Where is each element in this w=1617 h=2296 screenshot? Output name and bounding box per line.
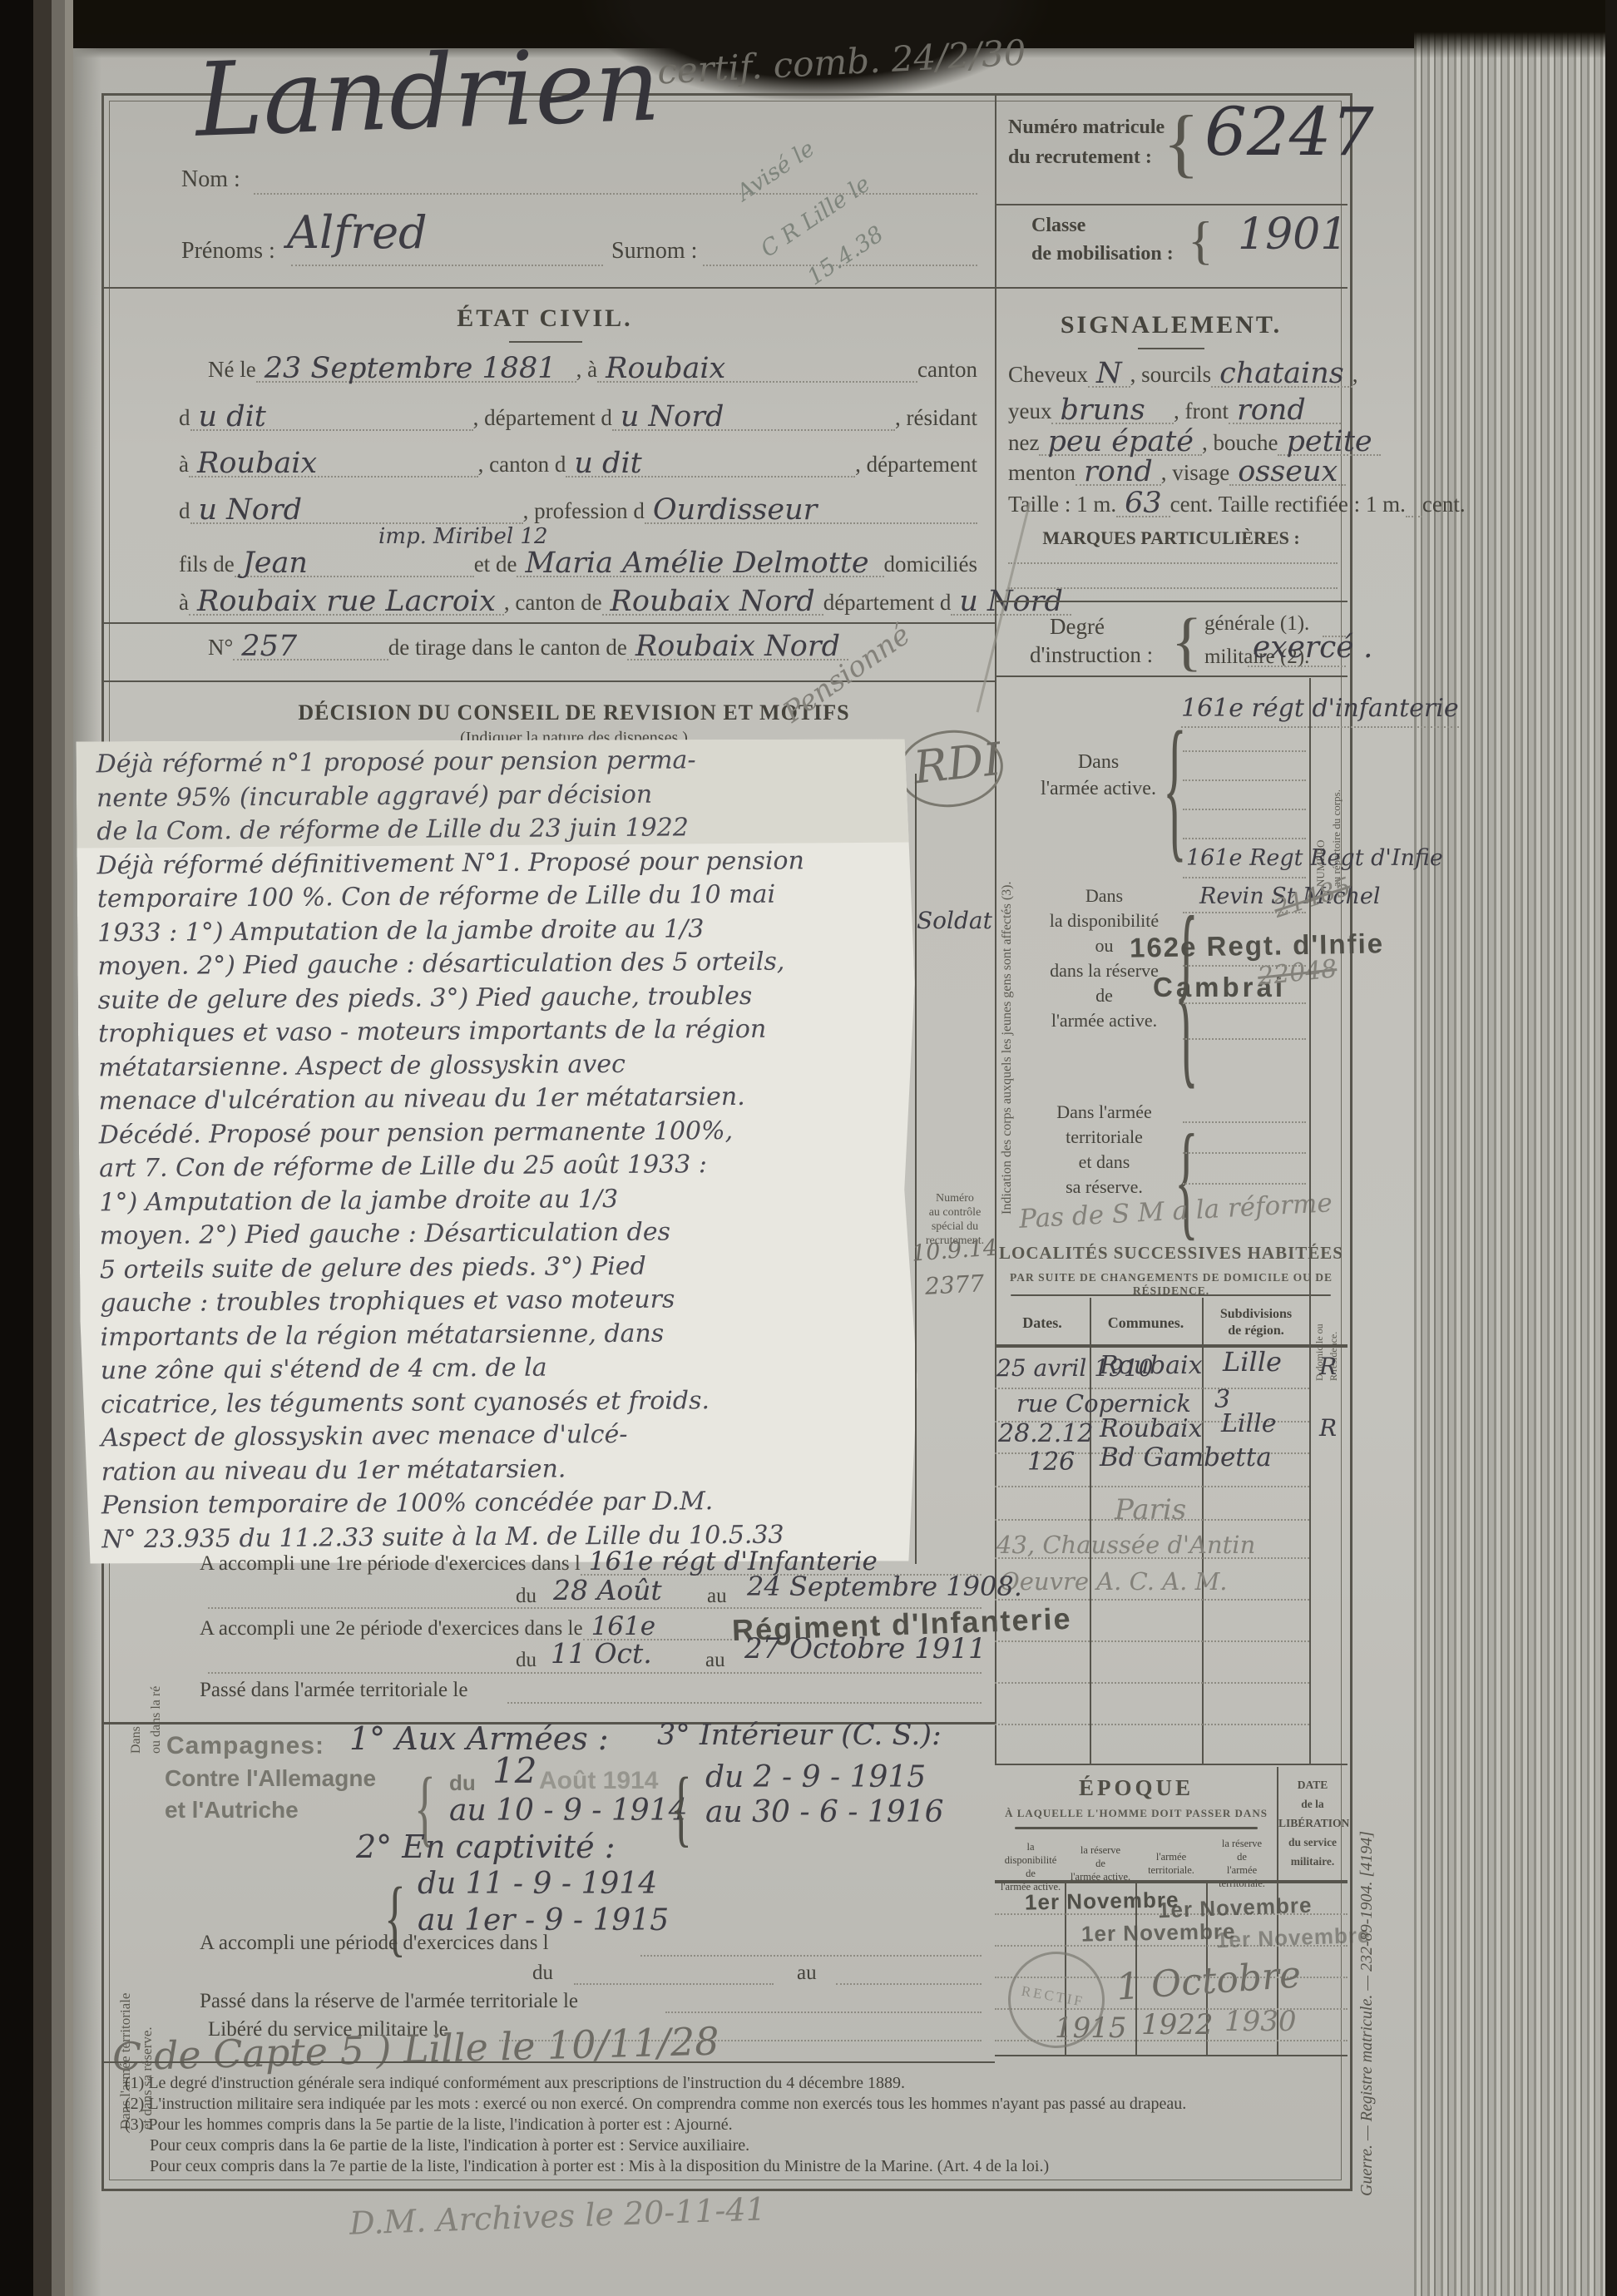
- epoque-header-rule: [995, 1880, 1347, 1883]
- loc-r1-dr: R: [1319, 1353, 1337, 1380]
- departement-label: , département d: [473, 405, 612, 431]
- pex-au: au: [797, 1962, 817, 1985]
- periode2-dotline: [208, 1672, 982, 1674]
- marques-label: MARQUES PARTICULIÈRES :: [995, 527, 1347, 549]
- cheveux-value: N: [1088, 361, 1130, 388]
- front-label: , front: [1174, 398, 1229, 424]
- yeux-line: yeux bruns , front rond: [1008, 398, 1341, 424]
- etat-civil-title: ÉTAT CIVIL.: [316, 304, 774, 333]
- note-line: Déjà réformé n°1 proposé pour pension pe…: [96, 743, 895, 782]
- loc-r4-commune: Bd Gambetta: [1100, 1442, 1272, 1472]
- loc-r3-date: 28.2.12: [998, 1419, 1094, 1448]
- signalement-title: SIGNALEMENT.: [995, 311, 1347, 339]
- classe-label: Classe: [1031, 215, 1085, 237]
- domicile-commune: Roubaix rue Lacroix: [189, 589, 504, 616]
- departement-value: u Nord: [612, 404, 895, 431]
- campagnes-12: 12: [492, 1750, 537, 1791]
- instruction-brace: {: [1171, 604, 1202, 679]
- campagnes-label: Campagnes:: [166, 1732, 324, 1760]
- cheveux-line: Cheveux N , sourcils chatains ,: [1008, 361, 1341, 388]
- campagnes-rdu: du 2 - 9 - 1915: [705, 1760, 926, 1794]
- cover-edge: [1605, 0, 1617, 2296]
- loc-r2-date: rue Copernick: [1016, 1389, 1191, 1418]
- matricule-label: Numéro matricule: [1008, 116, 1165, 139]
- loc-oeuvre: Oeuvre A. C. A. M.: [1000, 1567, 1228, 1596]
- loc-paris: Paris: [1115, 1493, 1186, 1527]
- pasted-note: Déjà réformé n°1 proposé pour pension pe…: [77, 736, 919, 1567]
- note-lines: Déjà réformé n°1 proposé pour pension pe…: [96, 743, 901, 1557]
- strip-divider: [915, 774, 917, 1564]
- dispo-dot-5: [1183, 1038, 1306, 1040]
- terr-dot-2: [1183, 1152, 1306, 1154]
- militaire-line: [1248, 666, 1346, 667]
- footnote-line: Pour ceux compris dans la 6e partie de l…: [125, 2135, 1347, 2156]
- surnom-label: Surnom :: [611, 238, 697, 265]
- imp-miribel: imp. Miribel 12: [378, 524, 548, 549]
- epoque-bottom: [995, 2055, 1347, 2056]
- scanned-register-page: certif. comb. 24/2/30 Landrien Nom : Pré…: [0, 0, 1617, 2296]
- note-line: gauche : troubles trophiques et vaso mot…: [100, 1282, 898, 1321]
- instruction-rule-bottom: [995, 675, 1347, 677]
- corps-vertical-left: Indication des corps auxquels les jeunes…: [1000, 674, 1015, 1215]
- name-script: Landrien: [194, 25, 662, 159]
- fils-de-label: fils de: [179, 552, 235, 577]
- instruction-rule-top: [995, 601, 1347, 602]
- cheveux-label: Cheveux: [1008, 362, 1088, 388]
- note-line: de la Com. de réforme de Lille du 23 jui…: [96, 810, 895, 849]
- profession-line: d u Nord , profession d Ourdisseur: [179, 497, 977, 524]
- controle-num-2: 2377: [924, 1269, 985, 1300]
- domicile-canton: Roubaix Nord: [602, 589, 823, 616]
- a2-label: à: [179, 452, 189, 478]
- aa-dot-3: [1183, 809, 1306, 810]
- loc-r3-commune: Roubaix: [1100, 1414, 1203, 1443]
- canton2-value: u dit: [566, 451, 855, 478]
- loc-chaussee: 43, Chaussée d'Antin: [996, 1531, 1255, 1559]
- allemagne-label: Contre l'Allemagne: [165, 1765, 376, 1792]
- loc-r3-subdiv: Lille: [1221, 1409, 1276, 1438]
- campagnes-au1: au 10 - 9 - 1914: [449, 1794, 688, 1828]
- no-label: N°: [208, 635, 233, 661]
- campagnes-du: du: [449, 1770, 476, 1796]
- note-line: ration au niveau du 1er métatarsien.: [101, 1450, 900, 1489]
- epoque-title: ÉPOQUE: [995, 1775, 1278, 1801]
- classe-brace: {: [1188, 210, 1214, 271]
- periode2-line: A accompli une 2e période d'exercices da…: [200, 1614, 732, 1640]
- annee-2: 1922: [1141, 2008, 1214, 2041]
- footnotes: (1) Le degré d'instruction générale sera…: [125, 2073, 1347, 2177]
- margin-caption: Guerre. — Registre matricule. — 232-89-1…: [1357, 1065, 1377, 2196]
- res-terr-label: Passé dans la réserve de l'armée territo…: [200, 1990, 578, 2013]
- epoque-col-3: l'armée territoriale.: [1137, 1850, 1205, 1877]
- res-terr-dotline: [665, 2011, 982, 2013]
- epoque-subtitle: À LAQUELLE L'HOMME DOIT PASSER DANS: [995, 1807, 1278, 1820]
- soldat-note: Soldat: [917, 907, 992, 934]
- sourcils-label: , sourcils: [1130, 362, 1212, 388]
- taille-rectifiee-label: cent. Taille rectifiée : 1 m.: [1170, 492, 1406, 517]
- regiment-162-stamp: 162e Regt. d'Infie: [1130, 928, 1385, 963]
- dispo-dot-2: [1183, 912, 1306, 913]
- loc-dot-9: [995, 1682, 1309, 1684]
- localites-title: LOCALITÉS SUCCESSIVES HABITÉES: [995, 1243, 1347, 1264]
- visage-label: , visage: [1161, 460, 1229, 486]
- loc-dot-4: [995, 1486, 1309, 1487]
- degre-label-1: Degré: [1050, 614, 1105, 640]
- periode1-d2: 24 Septembre 1908.: [747, 1571, 1022, 1602]
- periode2-au: au: [705, 1649, 725, 1672]
- tirage-line: N° 257 de tirage dans le canton de Rouba…: [208, 634, 848, 661]
- matricule-brace: {: [1163, 98, 1199, 186]
- epoque-date-col: DATE de la LIBÉRATION du service militai…: [1278, 1775, 1347, 1871]
- localites-header-rule: [995, 1344, 1347, 1348]
- departement2-label: , département: [855, 452, 977, 478]
- menton-value: rond: [1076, 459, 1161, 486]
- loc-r3-dr: R: [1319, 1414, 1337, 1442]
- taille-rectifiee-blank: [1406, 516, 1422, 517]
- menton-line: menton rond , visage osseux: [1008, 459, 1341, 486]
- page-fore-edge: [1414, 25, 1605, 2296]
- militaire-value: exercé .: [1253, 631, 1372, 665]
- canton2-label: , canton d: [478, 452, 566, 478]
- footnote-line: (2) L'instruction militaire sera indiqué…: [125, 2094, 1347, 2115]
- classe-label-2: de mobilisation :: [1031, 243, 1174, 265]
- canton-value: u dit: [190, 404, 473, 431]
- d2-label: d: [179, 498, 190, 524]
- footnote-line: (3) Pour les hommes compris dans la 5e p…: [125, 2115, 1347, 2135]
- note-line: trophiques et vaso - moteurs importants …: [98, 1012, 897, 1052]
- virgule: ,: [1352, 362, 1358, 388]
- armee-active-label: Dans l'armée active.: [1038, 749, 1159, 802]
- armee-active-value: 161e régt d'infanterie: [1181, 694, 1459, 728]
- a3-label: à: [179, 590, 189, 616]
- periode1-d1: 28 Août: [553, 1574, 662, 1606]
- tirage-rule-top: [101, 622, 995, 624]
- tirage-label: de tirage dans le canton de: [388, 635, 627, 661]
- tirage-canton: Roubaix Nord: [627, 634, 848, 661]
- departement2-value: u Nord: [190, 497, 523, 524]
- campagnes-hw-1: 1° Aux Armées :: [349, 1720, 609, 1757]
- note-line: art 7. Con de réforme de Lille du 25 aoû…: [99, 1147, 898, 1186]
- canton-line: d u dit , département d u Nord , résidan…: [179, 404, 977, 431]
- header-divider: [101, 287, 1347, 289]
- pex-au-line: [836, 1983, 982, 1985]
- note-line: menace d'ulcération au niveau du 1er mét…: [98, 1080, 897, 1119]
- localites-h-subdiv: Subdivisions de région.: [1202, 1306, 1310, 1339]
- taille-line: Taille : 1 m. 63 cent. Taille rectifiée …: [1008, 491, 1341, 517]
- visage-value: osseux: [1229, 459, 1346, 486]
- prenoms-value: Alfred: [287, 206, 428, 259]
- rdi-text: RDI: [911, 733, 1003, 794]
- note-line: 1°) Amputation de la jambe droite au 1/3: [99, 1180, 898, 1220]
- note-line: Aspect de glossyskin avec menace d'ulcé-: [101, 1417, 899, 1456]
- bouche-value: petite: [1278, 429, 1380, 456]
- yeux-value: bruns: [1051, 398, 1174, 424]
- a-label: , à: [576, 357, 597, 383]
- nez-value: peu épaté: [1039, 429, 1202, 456]
- prenoms-line: [291, 265, 603, 266]
- pex-dotline: [640, 1955, 982, 1957]
- note-line: suite de gelure des pieds. 3°) Pied gauc…: [98, 978, 897, 1017]
- note-line: Pension temporaire de 100% concédée par …: [101, 1484, 900, 1523]
- marques-line-1: [1008, 562, 1338, 564]
- matricule-value: 6247: [1204, 93, 1374, 171]
- note-line: 1933 : 1°) Amputation de la jambe droite…: [97, 911, 896, 950]
- note-line: Décédé. Proposé pour pension permanente …: [99, 1113, 898, 1152]
- yeux-label: yeux: [1008, 398, 1051, 424]
- note-line: cicatrice, les téguments sont cyanosés e…: [101, 1383, 899, 1422]
- date-naissance: 23 Septembre 1881: [256, 356, 576, 383]
- book-spine: [0, 0, 73, 2296]
- nom-label: Nom :: [181, 166, 240, 193]
- loc-dot-6: [995, 1557, 1309, 1559]
- canton-label: canton: [917, 357, 977, 383]
- terr-dot-1: [1183, 1121, 1306, 1123]
- profession-value: Ourdisseur: [645, 497, 977, 524]
- periode2-du: du: [516, 1649, 537, 1672]
- domicile-line: à Roubaix rue Lacroix , canton de Roubai…: [179, 589, 977, 616]
- note-line: Déjà réformé définitivement N°1. Proposé…: [96, 844, 895, 883]
- departement3-value: u Nord: [951, 589, 1071, 616]
- residence-commune: Roubaix: [189, 451, 478, 478]
- front-value: rond: [1229, 398, 1341, 424]
- nez-label: nez: [1008, 430, 1039, 456]
- residence-line: à Roubaix , canton d u dit , département: [179, 451, 977, 478]
- canton3-label: , canton de: [504, 590, 602, 616]
- periode1-label: A accompli une 1re période d'exercices d…: [200, 1552, 581, 1576]
- lieu-naissance: Roubaix: [597, 356, 917, 383]
- bouche-label: , bouche: [1202, 430, 1278, 456]
- note-line: moyen. 2°) Pied gauche : désarticulation…: [97, 945, 896, 984]
- pex-du: du: [532, 1962, 553, 1985]
- cent-label: cent.: [1422, 492, 1466, 517]
- loc-dot-8: [995, 1640, 1309, 1642]
- novembre-stamp-1: 1er Novembre: [1025, 1887, 1179, 1915]
- periode2-d1: 11 Oct.: [551, 1637, 652, 1670]
- campagnes-rau: au 30 - 6 - 1916: [705, 1795, 944, 1829]
- note-line: importants de la région métatarsienne, d…: [100, 1315, 898, 1354]
- loc-r1-commune: Roubaix: [1100, 1351, 1203, 1380]
- round-stamp-text: RECTIF: [1020, 1983, 1085, 2011]
- note-line: nente 95% (incurable aggravé) par décisi…: [96, 776, 895, 815]
- etat-civil-underline: [509, 341, 582, 343]
- pex-label: A accompli une période d'exercices dans …: [200, 1932, 549, 1955]
- parents-line: fils de Jean et de Maria Amélie Delmotte…: [179, 551, 977, 577]
- terr-brace: {: [1174, 1106, 1199, 1255]
- sourcils-value: chatains: [1211, 361, 1352, 388]
- captivite-d1: du 11 - 9 - 1914: [418, 1867, 657, 1901]
- note-line: moyen. 2°) Pied gauche : Désarticulation…: [100, 1215, 898, 1254]
- terr-passage-dotline: [507, 1702, 982, 1704]
- matricule-label-2: du recrutement :: [1008, 146, 1152, 169]
- taille-label: Taille : 1 m.: [1008, 492, 1116, 517]
- footnote-line: Pour ceux compris dans la 7e partie de l…: [125, 2156, 1347, 2177]
- tirage-num: 257: [233, 634, 388, 661]
- aa-dot-2: [1183, 779, 1306, 781]
- periode1-du: du: [516, 1585, 537, 1608]
- novembre-stamp-4: 1er Novembre: [1216, 1922, 1371, 1953]
- note-line: métatarsienne. Aspect de glossyskin avec: [98, 1046, 897, 1085]
- naissance-line: Né le 23 Septembre 1881 , à Roubaix cant…: [208, 356, 977, 383]
- pex-du-line: [574, 1983, 774, 1985]
- periode1-au: au: [707, 1585, 727, 1608]
- loc-dot-5: [995, 1519, 1309, 1521]
- note-line: une zône qui s'étend de 4 cm. de la: [101, 1349, 899, 1388]
- et-de-label: et de: [474, 552, 517, 577]
- campagnes-aout: Août 1914: [539, 1767, 658, 1795]
- aa-dot-1: [1183, 750, 1306, 752]
- terr-dot-3: [1183, 1183, 1306, 1185]
- annee-3: 1930: [1224, 2005, 1297, 2038]
- epoque-deco: [1015, 1827, 1258, 1829]
- d-label: d: [179, 405, 190, 431]
- loc-col-3: [1309, 890, 1311, 1764]
- loc-dot-10: [995, 1724, 1309, 1725]
- domicilies-label: domiciliés: [884, 552, 977, 577]
- classe-value: 1901: [1238, 210, 1347, 260]
- footnote-line: (1) Le degré d'instruction générale sera…: [125, 2073, 1347, 2094]
- terr-passage-label: Passé dans l'armée territoriale le: [200, 1679, 467, 1702]
- novembre-stamp-3: 1er Novembre: [1081, 1918, 1236, 1947]
- prenoms-label: Prénoms :: [181, 238, 275, 265]
- note-line: temporaire 100 %. Con de réforme de Lill…: [97, 878, 896, 917]
- dispo-dot-4: [1183, 1002, 1306, 1004]
- menton-label: menton: [1008, 460, 1076, 486]
- autriche-label: et l'Autriche: [165, 1797, 299, 1823]
- ne-le-label: Né le: [208, 357, 256, 383]
- epoque-col-2: la réserve de l'armée active.: [1066, 1843, 1135, 1883]
- nez-line: nez peu épaté , bouche petite: [1008, 429, 1341, 456]
- signalement-underline: [1138, 348, 1204, 349]
- terr-label: Dans l'armée territoriale et dans sa rés…: [1031, 1100, 1177, 1200]
- epoque-col-1: la disponibilité de l'armée active.: [996, 1840, 1065, 1893]
- periode2-d2: 27 Octobre 1911: [744, 1632, 987, 1665]
- aa-dot-4: [1183, 838, 1306, 839]
- epoque-top: [995, 1764, 1347, 1765]
- note-line: 5 orteils suite de gelure des pieds. 3°)…: [100, 1248, 898, 1287]
- footnotes-rule: [101, 2061, 995, 2063]
- loc-r4-date: 126: [1027, 1447, 1075, 1477]
- matricule-divider: [995, 204, 1347, 205]
- resident-label: , résidant: [895, 405, 977, 431]
- campagnes-hw-2: 3° Intérieur (C. S.):: [657, 1719, 942, 1752]
- pere-value: Jean: [235, 551, 474, 577]
- marques-line-2: [1008, 587, 1338, 589]
- loc-r1-subdiv: Lille: [1223, 1346, 1282, 1378]
- col-divider: [995, 93, 996, 1765]
- departement3-label: département d: [823, 590, 952, 616]
- taille-value: 63: [1116, 491, 1170, 517]
- dispo-dot-1: [1183, 877, 1306, 878]
- periode2-label: A accompli une 2e période d'exercices da…: [200, 1617, 583, 1640]
- profession-label: , profession d: [523, 498, 645, 524]
- localites-h-communes: Communes.: [1090, 1314, 1202, 1332]
- mere-value: Maria Amélie Delmotte: [517, 551, 883, 577]
- degre-label-2: d'instruction :: [1030, 642, 1153, 668]
- dispo-dot-3: [1183, 965, 1306, 967]
- localites-h-dates: Dates.: [995, 1314, 1090, 1332]
- dispo-hw-1: 161e Regt Regt d'Infie: [1186, 845, 1443, 871]
- localites-deco-rule: [1011, 1294, 1331, 1296]
- captivite-label: 2° En captivité :: [356, 1828, 616, 1865]
- loc-dot-7: [995, 1599, 1309, 1601]
- campagnes-brace-2: {: [670, 1759, 692, 1857]
